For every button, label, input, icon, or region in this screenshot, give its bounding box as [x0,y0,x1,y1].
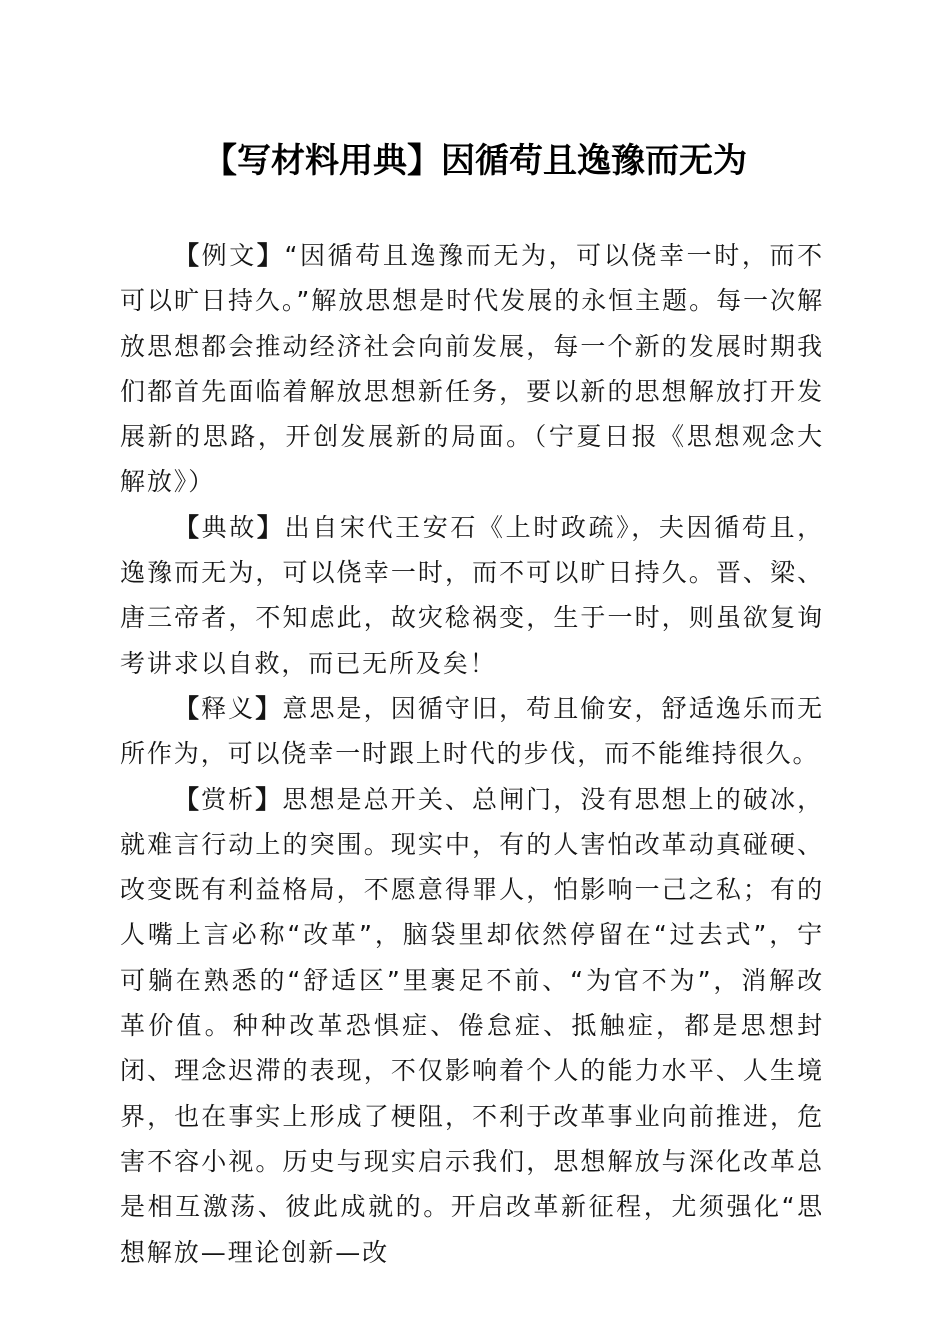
bracket-open: 【 [174,513,202,542]
bracket-close: 】 [255,785,282,814]
bracket-close: 】 [257,513,285,542]
paragraph-text: 思想是总开关、总闸门，没有思想上的破冰，就难言行动上的突围。现实中，有的人害怕改… [120,785,824,1267]
bracket-close: 】 [255,694,282,723]
bracket-open: 【 [174,785,201,814]
document-body: 【例文】“因循苟且逸豫而无为，可以侥幸一时，而不可以旷日持久。”解放思想是时代发… [120,233,824,1275]
paragraph-example: 【例文】“因循苟且逸豫而无为，可以侥幸一时，而不可以旷日持久。”解放思想是时代发… [120,233,824,505]
document-title: 【写材料用典】因循苟且逸豫而无为 [0,138,950,184]
section-label-meaning: 释义 [201,694,255,723]
section-label-allusion: 典故 [202,513,257,542]
bracket-open: 【 [174,694,201,723]
document-page: 【写材料用典】因循苟且逸豫而无为 【例文】“因循苟且逸豫而无为，可以侥幸一时，而… [0,0,950,1344]
bracket-close: 】 [257,241,285,270]
paragraph-appreciation: 【赏析】思想是总开关、总闸门，没有思想上的破冰，就难言行动上的突围。现实中，有的… [120,777,824,1275]
paragraph-allusion: 【典故】出自宋代王安石《上时政疏》，夫因循苟且，逸豫而无为，可以侥幸一时，而不可… [120,505,824,686]
section-label-example: 例文 [202,241,257,270]
section-label-appreciation: 赏析 [201,785,255,814]
bracket-open: 【 [174,241,202,270]
paragraph-text: “因循苟且逸豫而无为，可以侥幸一时，而不可以旷日持久。”解放思想是时代发展的永恒… [120,241,824,496]
paragraph-meaning: 【释义】意思是，因循守旧，苟且偷安，舒适逸乐而无所作为，可以侥幸一时跟上时代的步… [120,686,824,777]
